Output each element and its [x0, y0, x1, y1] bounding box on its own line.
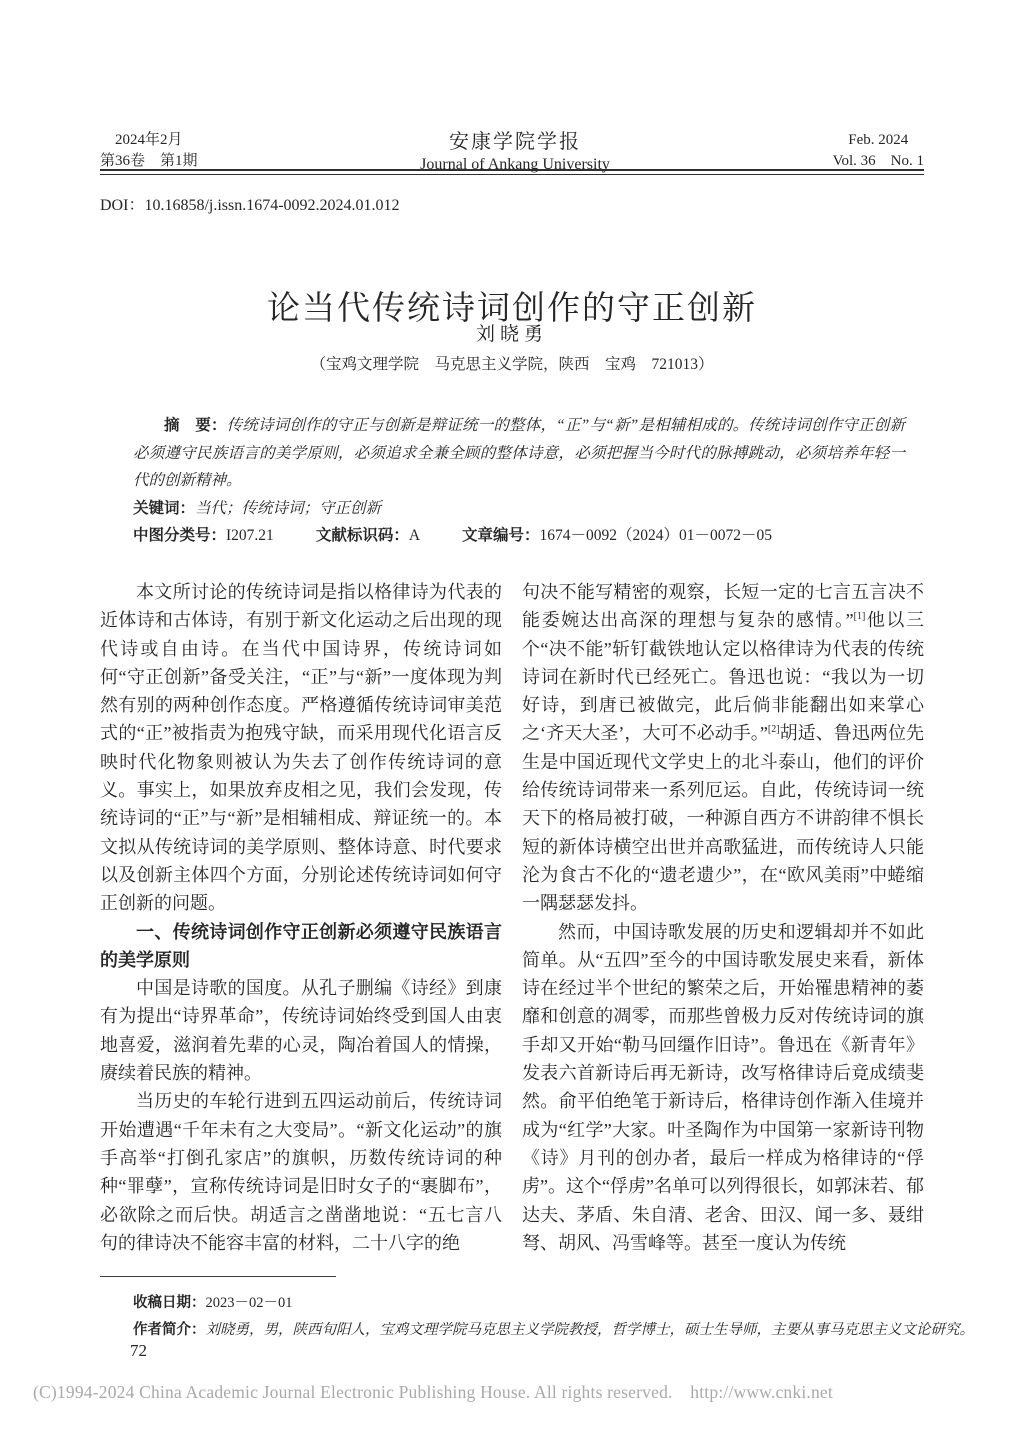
page-number: 72: [130, 1341, 147, 1361]
abstract: 摘 要：传统诗词创作的守正与创新是辩证统一的整体，“正”与“新”是相辅相成的。传…: [133, 412, 905, 495]
abstract-text: 传统诗词创作的守正与创新是辩证统一的整体，“正”与“新”是相辅相成的。传统诗词创…: [133, 417, 905, 489]
journal-issue-en: Feb. 2024 Vol. 36 No. 1: [833, 130, 924, 172]
journal-date-cn: 2024年2月: [100, 130, 198, 151]
reference-marker-1: [1]: [854, 611, 866, 622]
journal-date-en: Feb. 2024: [833, 130, 924, 151]
received-date-label: 收稿日期：: [133, 1295, 206, 1311]
abstract-label: 摘 要：: [164, 417, 227, 434]
doc-label: 文献标识码：: [316, 527, 409, 544]
section-heading: 一、传统诗词创作守正创新必须遵守民族语言的美学原则: [100, 918, 502, 975]
header-divider: [100, 169, 924, 175]
clc-value: I207.21: [226, 527, 274, 544]
keywords-text: 当代；传统诗词；守正创新: [195, 500, 381, 517]
author-name: 刘晓勇: [0, 319, 1024, 346]
author-affiliation: （宝鸡文理学院 马克思主义学院，陕西 宝鸡 721013）: [0, 352, 1024, 374]
footnote-divider: [100, 1276, 336, 1277]
article-id: 文章编号：1674－0092（2024）01－0072－05: [462, 527, 772, 544]
author-bio: 作者简介：刘晓勇，男，陕西旬阳人，宝鸡文理学院马克思主义学院教授，哲学博士，硕士…: [133, 1317, 928, 1344]
doi-line: DOI：10.16858/j.issn.1674-0092.2024.01.01…: [100, 192, 400, 215]
journal-title-cn: 安康学院学报: [420, 130, 610, 154]
paper-page: 2024年2月 第36卷 第1期 安康学院学报 Journal of Ankan…: [0, 0, 1024, 1436]
meta-block: 摘 要：传统诗词创作的守正与创新是辩证统一的整体，“正”与“新”是相辅相成的。传…: [133, 412, 905, 550]
journal-issue-cn: 2024年2月 第36卷 第1期: [100, 130, 198, 172]
paragraph-text: 句决不能写精密的观察，长短一定的七言五言决不能委婉达出高深的理想与复杂的感情。”: [522, 582, 924, 630]
author-bio-value: 刘晓勇，男，陕西旬阳人，宝鸡文理学院马克思主义学院教授，哲学博士，硕士生导师，主…: [206, 1322, 975, 1338]
received-date-value: 2023－02－01: [206, 1295, 293, 1311]
paragraph-text: 胡适、鲁迅两位先生是中国近现代文学史上的北斗泰山，他们的评价给传统诗词带来一系列…: [522, 723, 924, 913]
reference-marker-2: [2]: [768, 724, 780, 735]
body-column-right: 句决不能写精密的观察，长短一定的七言五言决不能委婉达出高深的理想与复杂的感情。”…: [522, 578, 924, 1257]
paragraph: 本文所讨论的传统诗词是指以格律诗为代表的近体诗和古体诗，有别于新文化运动之后出现…: [100, 578, 502, 918]
keywords-label: 关键词：: [133, 500, 195, 517]
id-value: 1674－0092（2024）01－0072－05: [540, 527, 773, 544]
paragraph: 然而，中国诗歌发展的历史和逻辑却并不如此简单。从“五四”至今的中国诗歌发展史来看…: [522, 918, 924, 1258]
paragraph: 句决不能写精密的观察，长短一定的七言五言决不能委婉达出高深的理想与复杂的感情。”…: [522, 578, 924, 918]
paragraph: 当历史的车轮行进到五四运动前后，传统诗词开始遭遇“千年未有之大变局”。“新文化运…: [100, 1087, 502, 1257]
paragraph: 中国是诗歌的国度。从孔子删编《诗经》到康有为提出“诗界革命”，传统诗词始终受到国…: [100, 974, 502, 1087]
id-label: 文章编号：: [462, 527, 540, 544]
body-column-left: 本文所讨论的传统诗词是指以格律诗为代表的近体诗和古体诗，有别于新文化运动之后出现…: [100, 578, 502, 1257]
keywords: 关键词：当代；传统诗词；守正创新: [133, 495, 905, 523]
doc-value: A: [409, 527, 420, 544]
received-date: 收稿日期：2023－02－01: [133, 1290, 928, 1317]
clc-number: 中图分类号：I207.21: [133, 527, 274, 544]
author-bio-label: 作者简介：: [133, 1322, 206, 1338]
copyright-notice: (C)1994-2024 China Academic Journal Elec…: [33, 1379, 1013, 1404]
footnote-block: 收稿日期：2023－02－01 作者简介：刘晓勇，男，陕西旬阳人，宝鸡文理学院马…: [133, 1290, 928, 1344]
clc-label: 中图分类号：: [133, 527, 226, 544]
document-code: 文献标识码：A: [316, 527, 420, 544]
classification-line: 中图分类号：I207.21文献标识码：A文章编号：1674－0092（2024）…: [133, 522, 905, 550]
